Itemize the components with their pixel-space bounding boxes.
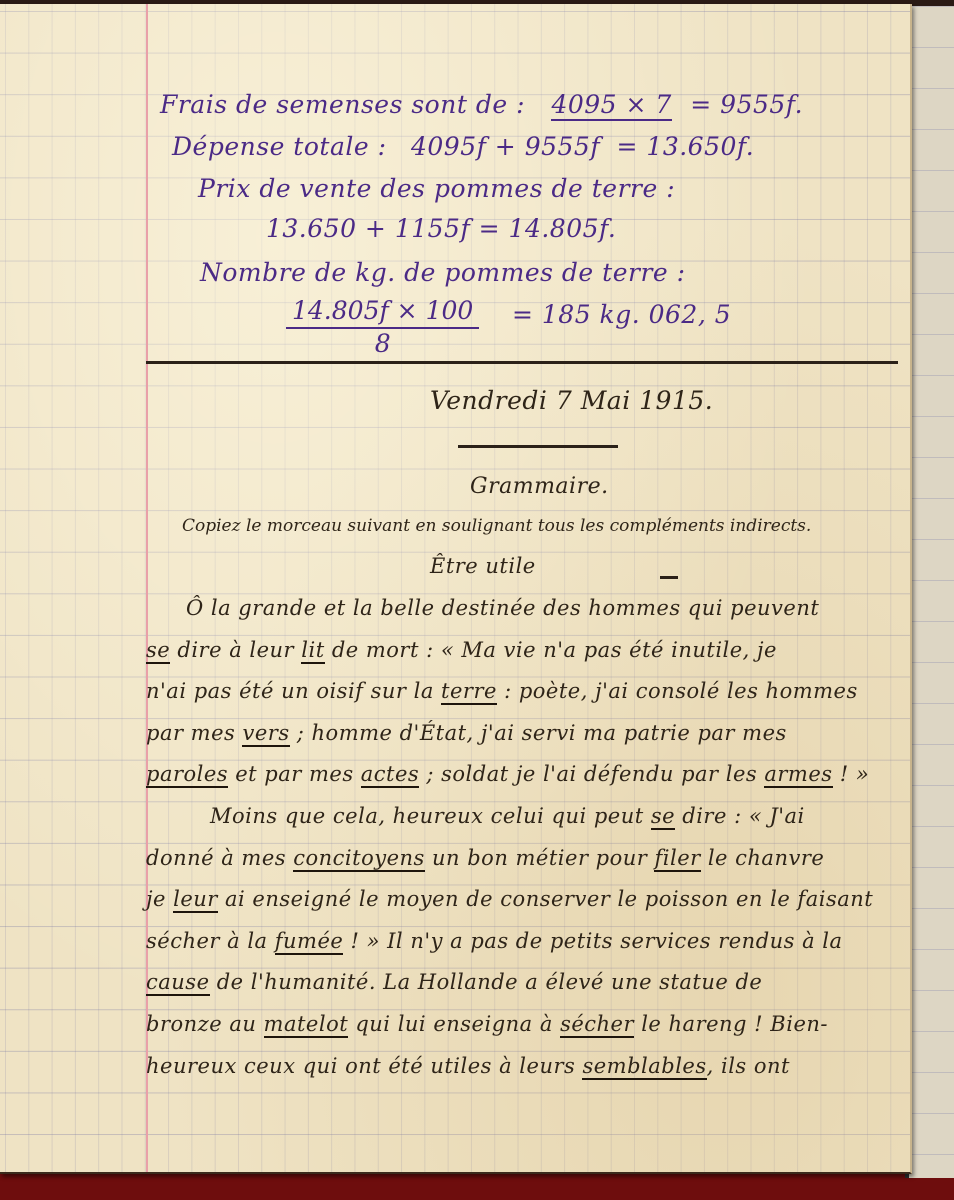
section-title-text: Grammaire.	[470, 474, 609, 499]
passage-text: Ô la grande et la belle destinée des hom…	[186, 596, 819, 620]
arith-line-3: Prix de vente des pommes de terre :	[198, 174, 675, 203]
arith-label: Prix de vente des pommes de terre :	[198, 174, 675, 203]
underlined-complement: actes	[361, 762, 419, 788]
passage-text: dire : « J'ai	[675, 804, 805, 828]
passage-text: heureux ceux qui ont été utiles à leurs	[146, 1054, 582, 1078]
section-divider	[146, 361, 898, 364]
lesson-date: Vendredi 7 Mai 1915.	[430, 386, 713, 415]
underlined-complement: lit	[301, 638, 324, 664]
arith-line-6-result: = 185 kg. 062, 5	[512, 300, 731, 329]
passage-text: sécher à la	[146, 929, 275, 953]
passage-line: paroles et par mes actes ; soldat je l'a…	[146, 762, 869, 786]
passage-text: : poète, j'ai consolé les hommes	[497, 679, 858, 703]
underlined-complement: sécher	[560, 1012, 634, 1038]
date-text: Vendredi 7 Mai 1915.	[430, 386, 713, 415]
arith-result: = 9555f.	[690, 90, 803, 119]
passage-text: Moins que cela, heureux celui qui peut	[210, 804, 651, 828]
underlined-complement: leur	[173, 887, 218, 913]
underlined-complement: cause	[146, 970, 210, 996]
passage-line: je leur ai enseigné le moyen de conserve…	[146, 887, 873, 911]
arith-fraction: 14.805f × 100 8	[286, 296, 479, 358]
passage-text: n'ai pas été un oisif sur la	[146, 679, 441, 703]
date-underline-rule	[458, 445, 618, 448]
passage-line: par mes vers ; homme d'État, j'ai servi …	[146, 721, 787, 745]
underlined-complement: terre	[441, 679, 497, 705]
passage-line: cause de l'humanité. La Hollande a élevé…	[146, 970, 762, 994]
arith-expr: 4095f + 9555f	[411, 132, 600, 161]
arith-result: = 13.650f.	[617, 132, 755, 161]
arith-line-4: 13.650 + 1155f = 14.805f.	[266, 214, 616, 243]
passage-text: je	[146, 887, 173, 911]
underlined-complement: se	[146, 638, 170, 664]
passage-title-text: Être utile	[430, 554, 536, 578]
underlined-complement: se	[651, 804, 675, 830]
arith-label: Frais de semenses sont de :	[160, 90, 525, 119]
passage-line: bronze au matelot qui lui enseigna à séc…	[146, 1012, 828, 1036]
arith-label: Dépense totale :	[172, 132, 387, 161]
arith-result: = 185 kg. 062, 5	[512, 300, 731, 329]
passage-text: de mort : « Ma vie n'a pas été inutile, …	[325, 638, 777, 662]
passage-text: de l'humanité. La Hollande a élevé une s…	[210, 970, 763, 994]
arith-label: Nombre de kg. de pommes de terre :	[200, 258, 686, 287]
passage-text: ai enseigné le moyen de conserver le poi…	[218, 887, 873, 911]
passage-text: , ils ont	[707, 1054, 790, 1078]
underlined-complement: concitoyens	[293, 846, 425, 872]
passage-text: et par mes	[228, 762, 361, 786]
passage-text: le chanvre	[701, 846, 825, 870]
passage-line: sécher à la fumée ! » Il n'y a pas de pe…	[146, 929, 843, 953]
passage-line: Moins que cela, heureux celui qui peut s…	[210, 804, 805, 828]
arith-expr: 13.650 + 1155f = 14.805f.	[266, 214, 616, 243]
passage-text: ; homme d'État, j'ai servi ma patrie par…	[290, 721, 787, 745]
passage-text: ; soldat je l'ai défendu par les	[419, 762, 764, 786]
notebook-page: Frais de semenses sont de : 4095 × 7 = 9…	[0, 4, 912, 1174]
arith-expr: 4095 × 7	[551, 90, 671, 121]
underlined-complement: fumée	[275, 929, 344, 955]
underlined-complement: filer	[654, 846, 700, 872]
fraction-numerator: 14.805f × 100	[286, 296, 479, 329]
arith-line-2: Dépense totale : 4095f + 9555f = 13.650f…	[172, 132, 754, 161]
passage-line: n'ai pas été un oisif sur la terre : poè…	[146, 679, 858, 703]
underlined-complement: armes	[764, 762, 832, 788]
margin-line	[146, 4, 148, 1172]
exercise-instruction: Copiez le morceau suivant en soulignant …	[182, 516, 811, 536]
passage-text: par mes	[146, 721, 242, 745]
passage-text: dire à leur	[170, 638, 301, 662]
arith-line-5: Nombre de kg. de pommes de terre :	[200, 258, 686, 287]
instruction-text: Copiez le morceau suivant en soulignant …	[182, 516, 811, 536]
passage-text: ! »	[833, 762, 870, 786]
section-title: Grammaire.	[470, 474, 609, 499]
passage-line: Ô la grande et la belle destinée des hom…	[186, 596, 819, 620]
passage-text: donné à mes	[146, 846, 293, 870]
underlined-complement: matelot	[264, 1012, 349, 1038]
dash-mark	[660, 576, 678, 579]
arith-line-1: Frais de semenses sont de : 4095 × 7 = 9…	[160, 90, 803, 119]
underlined-complement: semblables	[582, 1054, 706, 1080]
passage-text: qui lui enseigna à	[348, 1012, 560, 1036]
passage-text: ! » Il n'y a pas de petits services rend…	[343, 929, 842, 953]
passage-text: un bon métier pour	[425, 846, 655, 870]
passage-line: donné à mes concitoyens un bon métier po…	[146, 846, 824, 870]
passage-title: Être utile	[430, 554, 536, 578]
fraction-denominator: 8	[375, 329, 391, 358]
passage-line: se dire à leur lit de mort : « Ma vie n'…	[146, 638, 777, 662]
passage-text: bronze au	[146, 1012, 264, 1036]
underlined-complement: vers	[242, 721, 289, 747]
underlined-complement: paroles	[146, 762, 228, 788]
back-page-edge	[905, 6, 954, 1178]
passage-text: le hareng ! Bien-	[634, 1012, 828, 1036]
passage-line: heureux ceux qui ont été utiles à leurs …	[146, 1054, 790, 1078]
